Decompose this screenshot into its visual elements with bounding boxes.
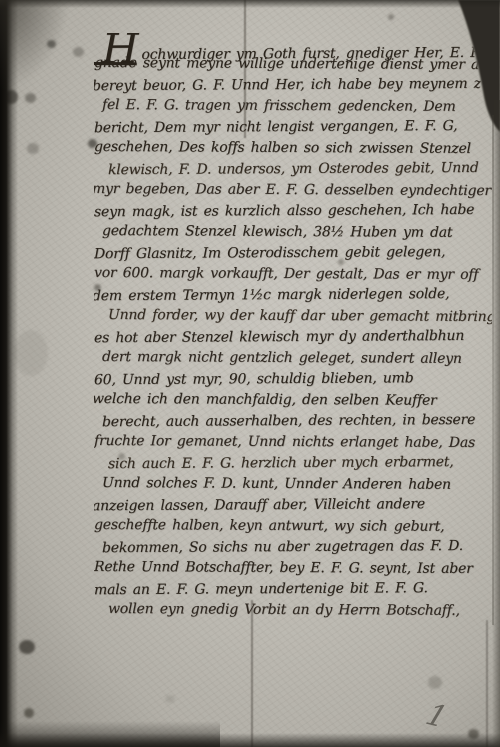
text-line: Rethe Unnd Botschaffter, bey E. F. G. se…	[94, 557, 492, 580]
fold-crease	[251, 600, 253, 747]
text-line: vor 600. margk vorkaufft, Der gestalt, D…	[94, 263, 492, 286]
struck-word: gnade	[94, 55, 137, 71]
text-line: bekommen, So sichs nu aber zugetragen da…	[102, 536, 492, 559]
text-line: Dorff Glasnitz, Im Osterodisschem gebit …	[94, 242, 492, 265]
document-scan: Hochwurdiger ym Goth furst, gnediger Her…	[0, 0, 500, 747]
text-line: Unnd forder, wy der kauff dar uber gemac…	[108, 305, 492, 328]
text-line: es hot aber Stenzel klewisch myr dy ande…	[94, 326, 492, 349]
page-corner-shadow	[0, 0, 70, 90]
text-line: 60, Unnd yst myr, 90, schuldig blieben, …	[94, 368, 492, 391]
fold-crease	[486, 620, 488, 747]
text-line: welche ich den manchfaldig, den selben K…	[94, 389, 492, 412]
page-edge-right-shadow	[492, 100, 500, 747]
page-edge-top	[0, 0, 500, 8]
text-line: wollen eyn gnedig Vorbit an dy Herrn Bot…	[108, 599, 492, 621]
text-line: gedachtem Stenzel klewisch, 38½ Huben ym…	[102, 221, 492, 244]
text-line: bericht, Dem myr nicht lengist vergangen…	[94, 116, 492, 139]
text-line: dert margk nicht gentzlich geleget, sund…	[102, 347, 492, 370]
text-line: gescheffte halben, keyn antwurt, wy sich…	[94, 515, 492, 538]
letter-text: Hochwurdiger ym Goth furst, gnediger Her…	[94, 33, 492, 621]
text-line: seyn magk, ist es kurzlich alsso gescheh…	[94, 200, 492, 223]
text-line: Hochwurdiger ym Goth furst, gnediger Her…	[102, 33, 492, 55]
text-line: dem erstem Termyn 1½c margk niderlegen s…	[94, 284, 492, 307]
text-line: sich auch E. F. G. herzlich uber mych er…	[108, 452, 492, 475]
page-corner-shadow	[0, 721, 220, 747]
text-line: geschehen, Des koffs halben so sich zwis…	[94, 137, 492, 160]
book-gutter-shadow	[0, 0, 18, 747]
torn-corner	[438, 0, 500, 132]
text-line: gnade seynt meyne willige undertenige di…	[94, 53, 492, 76]
text-line: mals an E. F. G. meyn undertenige bit E.…	[94, 578, 492, 601]
text-line: klewisch, F. D. undersos, ym Osterodes g…	[108, 158, 492, 181]
text-line: fel E. F. G. tragen ym frisschem gedenck…	[102, 95, 492, 118]
text-line: myr begeben, Das aber E. F. G. desselben…	[94, 179, 492, 202]
text-line: bereyt beuor, G. F. Unnd Her, ich habe b…	[94, 74, 492, 97]
text-line: anzeigen lassen, Darauff aber, Villeicht…	[94, 494, 492, 517]
text-line: Unnd solches F. D. kunt, Unnder Anderen …	[102, 473, 492, 496]
text-line: berecht, auch ausserhalben, des rechten,…	[102, 410, 492, 433]
text-line-content: seynt meyne willige undertenige dienst y…	[143, 55, 488, 73]
text-line: fruchte Ior gemanet, Unnd nichts erlange…	[94, 431, 492, 454]
